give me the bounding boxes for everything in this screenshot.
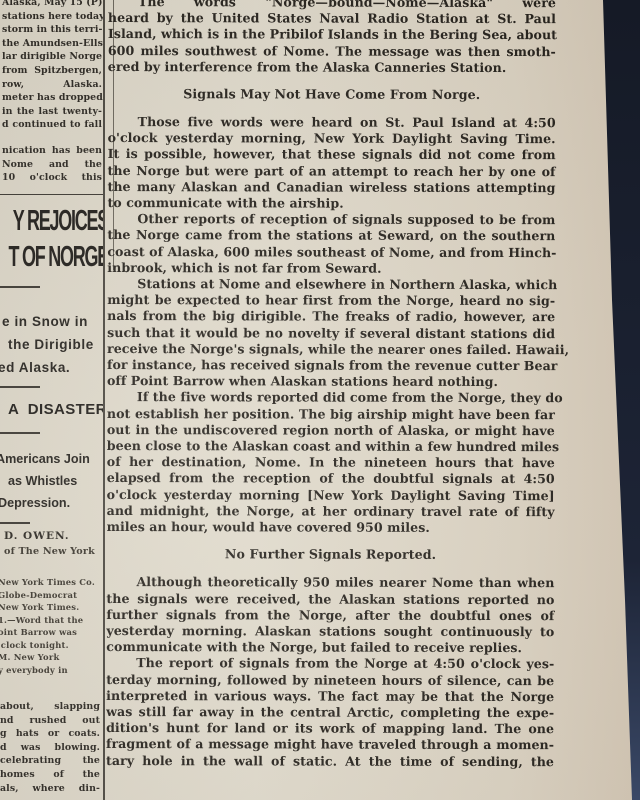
text-line: g hats or coats. xyxy=(0,727,100,741)
left-column: Alaska, May 15 (P).—stations here todays… xyxy=(0,0,104,800)
side-headline: Y REJOICES T OF NORGE xyxy=(0,202,104,288)
text-line: y everybody in xyxy=(0,664,95,677)
text-line: Globe-Democrat xyxy=(0,589,95,602)
text-line: further signals from the Norge, after th… xyxy=(106,607,554,624)
section-1-body: Those five words were heard on St. Paul … xyxy=(107,114,556,536)
headline-line-1: Y REJOICES xyxy=(3,202,104,240)
text-line: nication has been xyxy=(2,144,102,158)
text-line: celebrating the xyxy=(0,754,100,768)
side-deck: e in Snow in the Dirigible ed Alaska. xyxy=(2,310,94,379)
text-line: Those five words were heard on St. Paul … xyxy=(108,114,556,131)
text-line: the many Alaskan and Canadian wireless s… xyxy=(107,179,555,196)
text-line: New York Times Co. xyxy=(0,576,95,589)
text-line: off Point Barrow when Alaskan stations h… xyxy=(107,373,555,390)
text-line: and midnight, the Norge, at her ordinary… xyxy=(107,503,555,520)
text-line: communicate with the Norge, but failed t… xyxy=(106,639,554,656)
text-line: d was blowing. xyxy=(0,741,100,755)
subhead-text: A DISASTER xyxy=(8,399,104,421)
side-subhead: A DISASTER xyxy=(8,399,104,421)
text-line: interpreted in various ways. The fact ma… xyxy=(106,688,554,705)
rule xyxy=(0,432,40,434)
text-line: heard by the United States Naval Radio S… xyxy=(108,10,556,27)
text-line: o'clock yesterday morning, New York Dayl… xyxy=(108,130,556,147)
text-line: the signals were received, the Alaskan s… xyxy=(106,590,554,607)
text-line: receive the Norge's signals, while the n… xyxy=(107,341,555,358)
text-line: of her destination, Nome. In the ninetee… xyxy=(107,454,555,471)
text-line: als, where din- xyxy=(0,782,100,796)
section-heading: No Further Signals Reported. xyxy=(107,544,555,565)
text-line: yesterday morning. Alaskan stations soug… xyxy=(106,623,554,640)
text-line: for instance, has received signals from … xyxy=(107,357,555,374)
text-line: oint Barrow was xyxy=(0,626,95,639)
text-line: the Norge but were part of an attempt to… xyxy=(108,163,556,180)
text-line: Although theoretically 950 miles nearer … xyxy=(106,574,554,591)
side-deck-2: Americans Join as Whistles Depression. xyxy=(0,448,90,514)
rule xyxy=(0,522,30,524)
text-line: 10 o'clock this xyxy=(2,171,102,185)
text-line: 1.—Word that the xyxy=(0,614,95,627)
text-line: dition's hunt for land or its work of ma… xyxy=(106,720,554,737)
deck-line: Americans Join xyxy=(0,448,90,470)
text-line: nd rushed out xyxy=(0,714,100,728)
text-line: 600 miles southwest of Nome. The message… xyxy=(108,43,556,60)
text-line: It is possible, however, that these sign… xyxy=(108,146,556,163)
byline-block: D. OWEN. of The New York xyxy=(4,530,95,560)
text-line: ered by interference from the Alaska Can… xyxy=(108,59,556,76)
text-line: o'clock yesterday morning [New York Dayl… xyxy=(107,487,555,504)
section-2-body: Although theoretically 950 miles nearer … xyxy=(106,574,555,770)
text-line: the Amundsen-Ells- xyxy=(2,37,102,51)
text-line: d continued to fall xyxy=(2,118,102,132)
text-line: If the five words reported did come from… xyxy=(107,389,555,406)
text-line: inbrook, which is not far from Seward. xyxy=(107,260,555,277)
text-line: Stations at Nome and elsewhere in Northe… xyxy=(107,276,555,293)
side-body-text: about, slappingnd rushed outg hats or co… xyxy=(0,700,100,795)
text-line: the Norge came from the stations at Sewa… xyxy=(107,227,555,244)
text-line: such that it would be no novelty if seve… xyxy=(107,325,555,342)
text-line: meter has dropped xyxy=(2,91,102,105)
text-line: The report of signals from the Norge at … xyxy=(106,655,554,672)
text-line: about, slapping xyxy=(0,700,100,714)
rule xyxy=(0,386,40,388)
deck-line: the Dirigible xyxy=(8,333,94,356)
text-line: homes of the xyxy=(0,768,100,782)
newspaper-page: Alaska, May 15 (P).—stations here todays… xyxy=(0,0,640,800)
text-line: tary hole in the wall of static. At the … xyxy=(106,753,554,770)
article-intro: The words "Norge—bound—Nome—Alaska" were… xyxy=(108,0,556,76)
text-line: to communicate with the airship. xyxy=(107,195,555,212)
section-heading: Signals May Not Have Come From Norge. xyxy=(108,84,556,105)
column-rule xyxy=(103,0,105,800)
text-line: lar dirigible Norge xyxy=(2,50,102,64)
text-line: storm in this terri- xyxy=(2,23,102,37)
deck-line: e in Snow in xyxy=(2,310,94,333)
text-line: miles an hour, would have covered 950 mi… xyxy=(107,519,555,536)
article-column: The words "Norge—bound—Nome—Alaska" were… xyxy=(106,0,556,770)
deck-line: ed Alaska. xyxy=(0,356,94,379)
text-line: terday morning, followed by nineteen hou… xyxy=(106,672,554,689)
text-line: elapsed from the reception of the doubtf… xyxy=(107,470,555,487)
text-line: fragment of a message might have travele… xyxy=(106,736,554,753)
text-line: row, Alaska. xyxy=(2,78,102,92)
deck-line: as Whistles xyxy=(8,470,90,492)
text-line: Island, which is in the Pribilof Islands… xyxy=(108,26,556,43)
text-line: not establish her position. The big airs… xyxy=(107,406,555,423)
text-line: New York Times. xyxy=(0,601,95,614)
text-line: Nome and the xyxy=(2,158,102,172)
text-line: been close to the Alaskan coast and with… xyxy=(107,438,555,455)
text-line: stations here today xyxy=(2,10,102,24)
text-line: Other reports of reception of signals su… xyxy=(107,211,555,228)
text-line: Alaska, May 15 (P).— xyxy=(2,0,102,10)
text-line: 'clock tonight. xyxy=(0,639,95,652)
text-line: was still far away in the central Arctic… xyxy=(106,704,554,721)
deck-line: Depression. xyxy=(0,492,90,514)
text-line: coast of Alaska, 600 miles southeast of … xyxy=(107,244,555,261)
text-line: out in the undiscovered region north of … xyxy=(107,422,555,439)
text-line: might be expected to hear first from the… xyxy=(107,292,555,309)
byline: D. OWEN. xyxy=(4,530,95,542)
dateline-text: New York Times Co.Globe-DemocratNew York… xyxy=(0,576,95,676)
text-line: from Spitzbergen, xyxy=(2,64,102,78)
text-line: M. New York xyxy=(0,651,95,664)
byline-credit: of The New York xyxy=(4,544,95,560)
text-line: in the last twenty- xyxy=(2,105,102,119)
headline-line-2: T OF NORGE xyxy=(3,238,104,276)
text-line: nals from the big dirigible. The freaks … xyxy=(107,308,555,325)
rule xyxy=(0,286,40,288)
top-story: Alaska, May 15 (P).—stations here todays… xyxy=(0,0,102,185)
